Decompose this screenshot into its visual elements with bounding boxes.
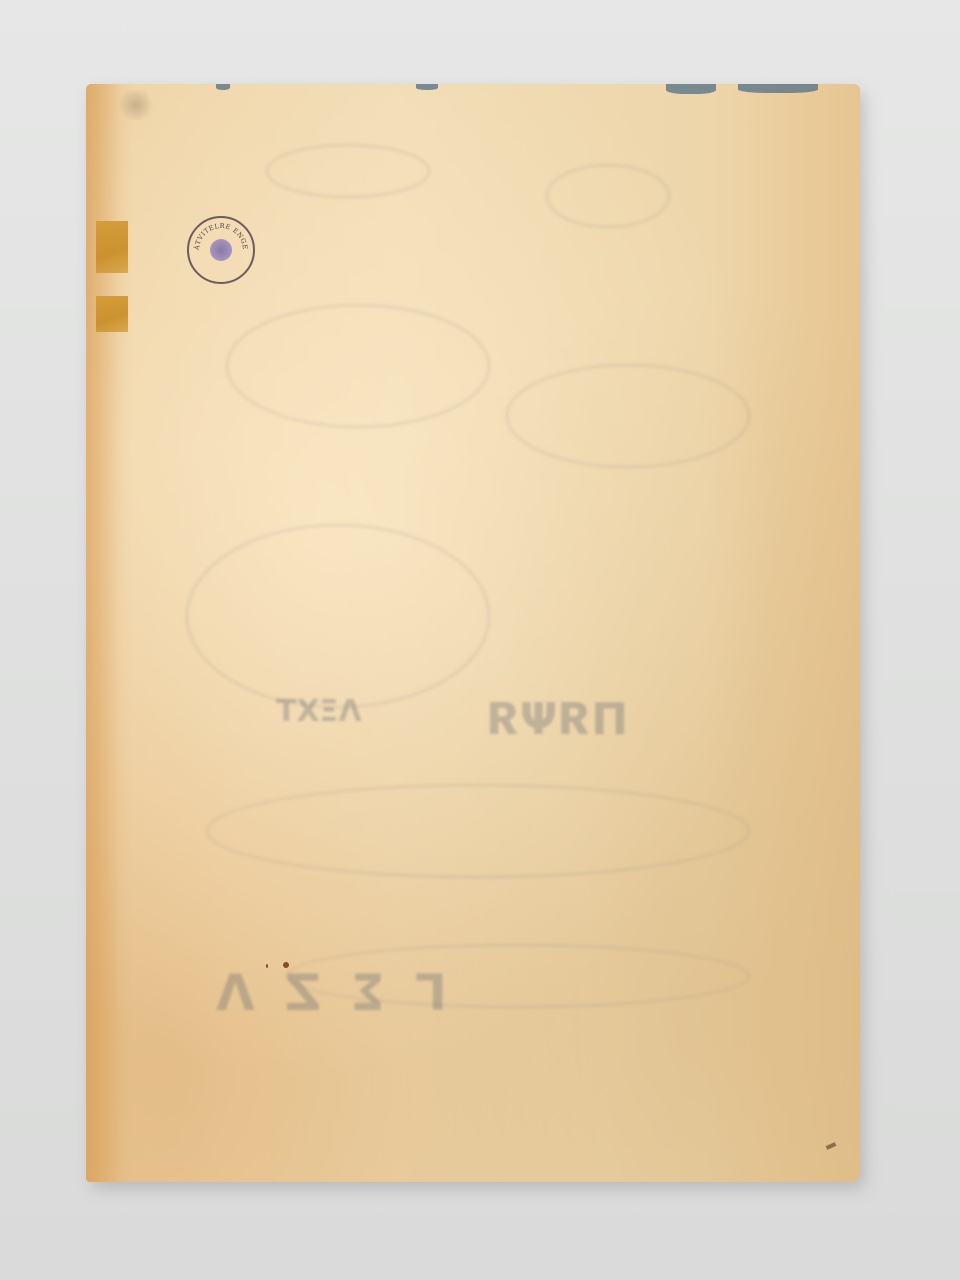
brown-foxing-spot xyxy=(266,964,268,968)
brown-foxing-spot xyxy=(283,962,289,968)
bleed-through-mark xyxy=(226,304,490,428)
svg-text:ÁTVITELRE ENGED: ÁTVITELRE ENGED xyxy=(189,218,249,251)
bleed-through-text: ΠЯΨЯ xyxy=(486,694,628,745)
bleed-through-mark xyxy=(206,784,750,878)
edge-nick xyxy=(826,1142,837,1150)
bleed-through-mark xyxy=(186,524,490,708)
bleed-through-mark xyxy=(506,364,750,468)
top-edge-blue-stain xyxy=(416,84,438,90)
tape-piece-upper xyxy=(96,221,128,273)
paper-sheet: ÁTVITELRE ENGED ΠЯΨЯ ΛΞΧΤ ΓΣΖΛ xyxy=(86,84,860,1182)
top-edge-blue-stain xyxy=(738,84,818,93)
circular-stamp: ÁTVITELRE ENGED xyxy=(187,216,255,284)
bleed-through-mark xyxy=(546,164,670,228)
bleed-through-mark xyxy=(266,144,430,198)
corner-smudge xyxy=(116,90,156,120)
bleed-through-text: ΛΞΧΤ xyxy=(276,694,362,729)
bleed-through-text: ΓΣΖΛ xyxy=(186,964,447,1022)
top-edge-blue-stain xyxy=(216,84,230,90)
tape-piece-lower xyxy=(96,296,128,332)
stamp-text-ring: ÁTVITELRE ENGED xyxy=(189,218,253,282)
top-edge-blue-stain xyxy=(666,84,716,94)
